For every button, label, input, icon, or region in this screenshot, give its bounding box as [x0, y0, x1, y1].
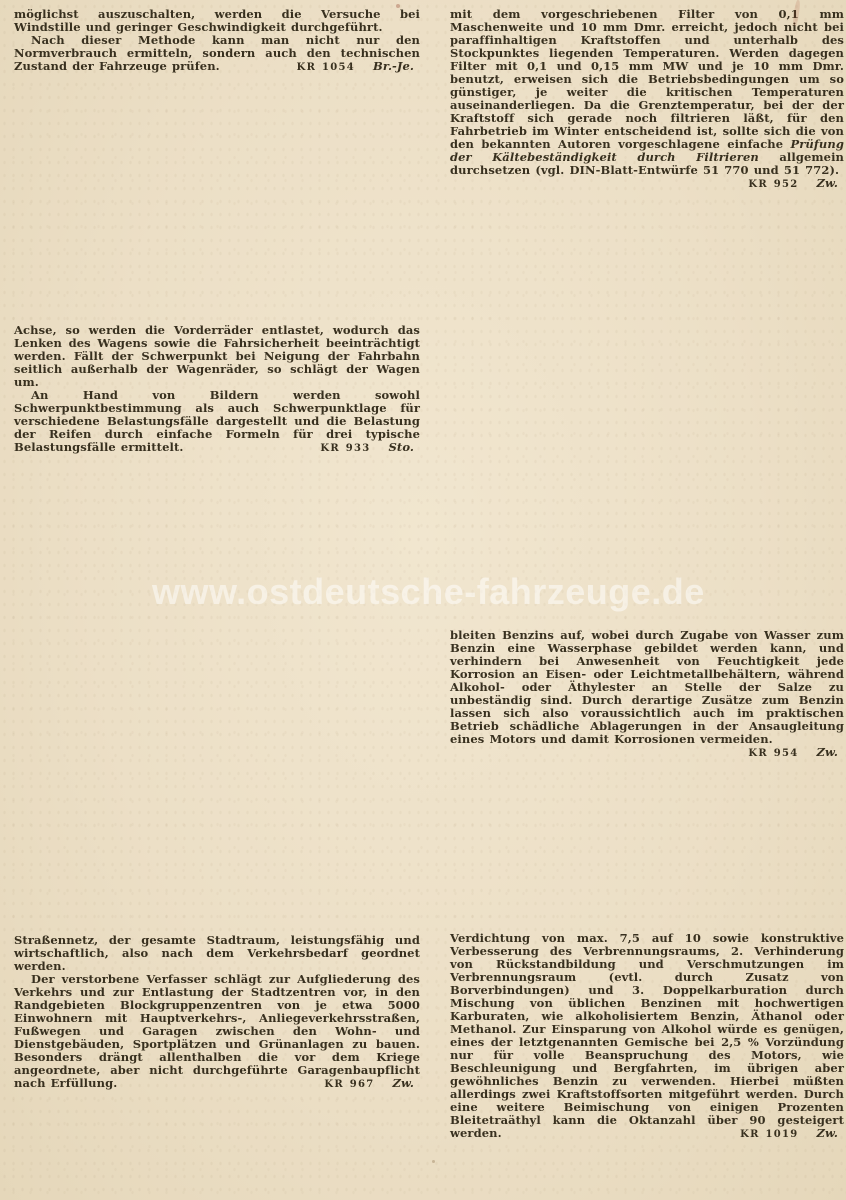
reviewer-initials: Sto.	[389, 440, 415, 454]
reviewer-initials: Zw.	[817, 1126, 838, 1140]
abstract-kr-952: mit dem vorgeschriebenen Filter von 0,1 …	[450, 8, 844, 191]
reviewer-initials: Zw.	[817, 176, 838, 190]
reviewer-initials: Zw.	[393, 1076, 414, 1090]
reference-number: KR 933	[320, 443, 370, 454]
reference-signature: KR 954Zw.	[748, 746, 838, 760]
abstract-paragraph: mit dem vorgeschriebenen Filter von 0,1 …	[450, 8, 844, 177]
abstract-kr-933: Achse, so werden die Vorderräder entlast…	[14, 324, 420, 455]
reference-signature: KR 967Zw.	[307, 1077, 414, 1091]
abstract-paragraph: Der verstorbene Verfasser schlägt zur Au…	[14, 973, 420, 1090]
abstract-paragraph: bleiten Benzins auf, wobei durch Zugabe …	[450, 629, 844, 746]
abstract-paragraph: Straßennetz, der gesamte Stadtraum, leis…	[14, 934, 420, 973]
reference-number: KR 967	[324, 1079, 374, 1090]
abstract-kr-967: Straßennetz, der gesamte Stadtraum, leis…	[14, 934, 420, 1091]
abstract-paragraph: Nach dieser Methode kann man nicht nur d…	[14, 34, 420, 73]
abstract-text: Achse, so werden die Vorderräder entlast…	[14, 323, 420, 389]
reviewer-initials: Zw.	[817, 745, 838, 759]
reference-number: KR 952	[748, 179, 798, 190]
scanned-page: möglichst auszuschalten, werden die Vers…	[0, 0, 846, 1200]
abstract-paragraph: Verdichtung von max. 7,5 auf 10 sowie ko…	[450, 932, 844, 1140]
reference-number: KR 954	[748, 748, 798, 759]
abstract-text: bleiten Benzins auf, wobei durch Zugabe …	[450, 628, 844, 746]
scan-artifact	[396, 4, 400, 8]
abstract-text: Der verstorbene Verfasser schlägt zur Au…	[14, 972, 420, 1090]
reference-number: KR 1054	[297, 62, 355, 73]
abstract-kr-954: bleiten Benzins auf, wobei durch Zugabe …	[450, 629, 844, 760]
abstract-text: möglichst auszuschalten, werden die Vers…	[14, 7, 420, 34]
abstract-kr-1019: Verdichtung von max. 7,5 auf 10 sowie ko…	[450, 932, 844, 1141]
abstract-text: Verdichtung von max. 7,5 auf 10 sowie ko…	[450, 931, 844, 1140]
scan-artifact	[432, 1160, 435, 1163]
abstract-paragraph: Achse, so werden die Vorderräder entlast…	[14, 324, 420, 389]
reference-number: KR 1019	[740, 1129, 798, 1140]
abstract-text: Straßennetz, der gesamte Stadtraum, leis…	[14, 933, 420, 973]
abstract-paragraph: An Hand von Bildern werden sowohl Schwer…	[14, 389, 420, 454]
reviewer-initials: Br.-Je.	[373, 59, 414, 73]
reference-signature: KR 1019Zw.	[740, 1127, 838, 1141]
abstract-text: mit dem vorgeschriebenen Filter von 0,1 …	[450, 7, 844, 151]
abstract-paragraph: möglichst auszuschalten, werden die Vers…	[14, 8, 420, 34]
watermark-text: www.ostdeutsche-fahrzeuge.de	[152, 574, 705, 610]
abstract-kr-1054: möglichst auszuschalten, werden die Vers…	[14, 8, 420, 74]
reference-signature: KR 933Sto.	[303, 441, 414, 455]
reference-signature: KR 952Zw.	[748, 177, 838, 191]
reference-signature: KR 1054Br.-Je.	[280, 60, 414, 74]
